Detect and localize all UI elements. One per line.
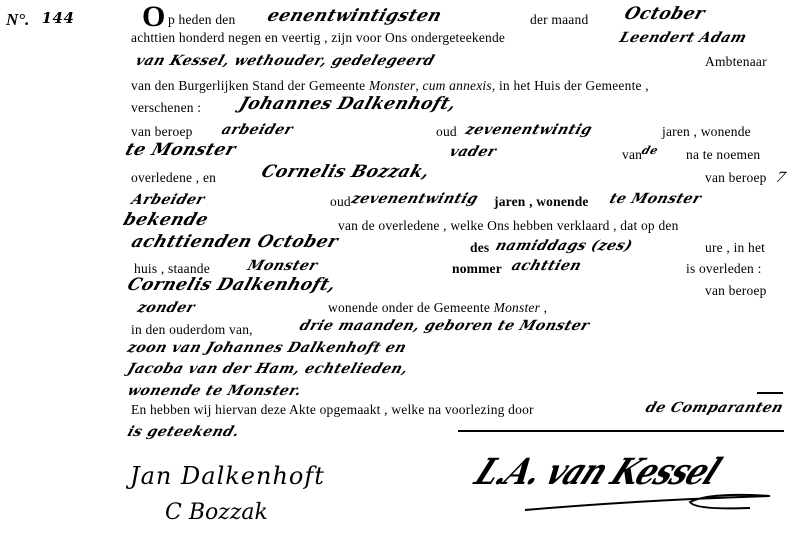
- printed-wonende-onder: wonende onder de Gemeente Monster ,: [328, 300, 547, 316]
- handwritten-deceased: Cornelis Dalkenhoft,: [125, 277, 338, 293]
- printed-monster-2: Monster: [494, 300, 540, 315]
- handwritten-declarant-1-residence: te Monster: [123, 142, 238, 158]
- printed-oud-2: oud: [330, 194, 351, 210]
- printed-ambtenaar: Ambtenaar: [705, 54, 767, 70]
- printed-jaren-wonende-2: jaren , wonende: [494, 194, 589, 210]
- handwritten-declarant-1: Johannes Dalkenhoft,: [237, 96, 458, 112]
- printed-nommer: nommer: [452, 261, 502, 277]
- handwritten-signed-by: de Comparanten: [643, 400, 785, 416]
- handwritten-age-line-2: zoon van Johannes Dalkenhoft en: [125, 340, 408, 356]
- printed-verschenen: verschenen :: [131, 100, 201, 116]
- printed-op-heden-den: p heden den: [168, 12, 235, 28]
- handwritten-declarant-2-age: zevenentwintig: [349, 191, 480, 207]
- handwritten-declarant-2-residence: te Monster: [607, 191, 703, 207]
- handwritten-declarant-2-job: Arbeider: [129, 192, 207, 208]
- printed-jaren-wonende-1: jaren , wonende: [662, 124, 751, 140]
- printed-en-hebben-wij: En hebben wij hiervan deze Akte opgemaak…: [131, 402, 534, 418]
- printed-van-de-1: van: [622, 147, 642, 163]
- handwritten-month: October: [622, 6, 707, 22]
- handwritten-house: Monster: [245, 258, 319, 274]
- line-end-dash: [757, 392, 783, 394]
- handwritten-age-line-4: wonende te Monster.: [125, 383, 303, 399]
- handwritten-age-line-3: Jacoba van der Ham, echtelieden,: [125, 361, 410, 377]
- death-certificate-page: N°. 144 O p heden den eenentwintigsten d…: [0, 0, 800, 545]
- printed-van-beroep-3: van beroep: [705, 283, 767, 299]
- record-number-label: N°.: [6, 10, 29, 29]
- handwritten-declarant-1-job: arbeider: [219, 122, 295, 138]
- signature-declarant-1: Jan Dalkenhoft: [130, 462, 325, 490]
- handwritten-declarant-2-relation: bekende: [121, 212, 210, 228]
- printed-oud-1: oud: [436, 124, 457, 140]
- printed-ure-in-het: ure , in het: [705, 240, 765, 256]
- signature-flourish: [520, 488, 800, 518]
- handwritten-signed-by-2: is geteekend.: [125, 424, 241, 440]
- printed-van-beroep-1: van beroep: [131, 124, 193, 140]
- printed-year-line: achttien honderd negen en veertig , zijn…: [131, 30, 505, 46]
- initial-letter-o: O: [142, 2, 165, 32]
- handwritten-declarant-2: Cornelis Bozzak,: [259, 164, 431, 180]
- printed-is-overleden: is overleden :: [686, 261, 762, 277]
- printed-overledene-en: overledene , en: [131, 170, 216, 186]
- printed-der-maand: der maand: [530, 12, 588, 28]
- closing-line: [458, 430, 784, 432]
- handwritten-deceased-job: zonder: [135, 300, 197, 316]
- record-number: N°. 144: [6, 10, 66, 30]
- printed-burgerlijke-stand: van den Burgerlijken Stand der Gemeente …: [131, 78, 649, 94]
- handwritten-declarant-1-relation: vader: [447, 144, 498, 160]
- printed-in-den-ouderdom: in den ouderdom van,: [131, 322, 253, 338]
- printed-van-de-overledene: van de overledene , welke Ons hebben ver…: [338, 218, 679, 234]
- handwritten-age-line-1: drie maanden, geboren te Monster: [297, 318, 591, 334]
- signature-declarant-2: C Bozzak: [165, 500, 268, 525]
- printed-cum-annexis: cum annexis: [423, 78, 492, 93]
- handwritten-house-number: achttien: [509, 258, 583, 274]
- handwritten-official-role: van Kessel, wethouder, gedelegeerd: [133, 53, 436, 69]
- handwritten-declarant-1-age: zevenentwintig: [463, 122, 594, 138]
- printed-van-beroep-2: van beroep: [705, 170, 767, 186]
- printed-na-te-noemen: na te noemen: [686, 147, 760, 163]
- handwritten-date-day: eenentwintigsten: [265, 8, 443, 24]
- handwritten-death-time: namiddags (zes): [493, 238, 634, 254]
- margin-note: 7: [773, 170, 788, 186]
- printed-monster-1: Monster: [369, 78, 415, 93]
- handwritten-death-date: achttienden October: [129, 234, 340, 250]
- handwritten-de: de: [639, 143, 660, 159]
- record-number-value: 144: [42, 9, 75, 27]
- printed-des: des: [470, 240, 489, 256]
- handwritten-official-name: Leendert Adam: [617, 30, 748, 46]
